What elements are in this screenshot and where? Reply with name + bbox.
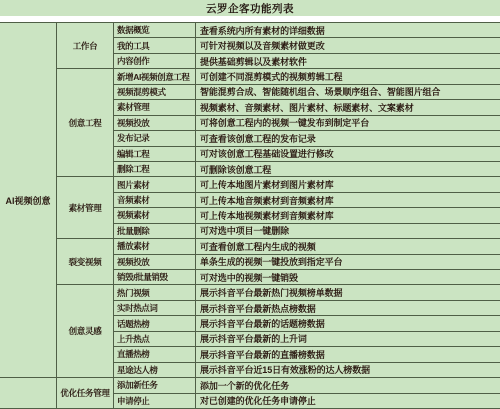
feature-cell: 我的工具 [114,38,196,53]
table-row: 素材管理 图片素材 可上传本地图片素材到图片素材库 [0,177,500,192]
feature-cell: 音频素材 [114,192,196,207]
description-cell: 可上传本地音频素材到音频素材库 [196,192,500,207]
feature-cell: 内容创作 [114,53,196,68]
description-cell: 展示抖音平台最新的上升词 [196,331,500,346]
feature-cell: 话题热榜 [114,316,196,331]
feature-cell: 直播热榜 [114,347,196,362]
description-cell: 查看系统内所有素材的详细数据 [196,23,500,38]
description-cell: 可删除该创意工程 [196,161,500,176]
category-cell-optimization-task: 优化任务管理 [57,378,114,409]
description-cell: 添加一个新的优化任务 [196,378,500,393]
page-title: 云罗企客功能列表 [0,0,500,16]
table-row: 创意工程 新增AI视频创意工程 可创建不同混剪模式的视频剪辑工程 [0,69,500,84]
feature-cell: 视频素材 [114,208,196,223]
table-row: 创意灵感 热门视频 展示抖音平台最新热门视频榜单数据 [0,285,500,300]
table-row: AI视频创意 工作台 数据概览 查看系统内所有素材的详细数据 [0,23,500,38]
category-cell-creative-inspiration: 创意灵感 [57,285,114,378]
feature-cell: 申请停止 [114,393,196,409]
category-cell-workbench: 工作台 [57,23,114,69]
feature-cell: 素材管理 [114,100,196,115]
feature-cell: 视频混剪模式 [114,84,196,99]
feature-cell: 图片素材 [114,177,196,192]
feature-cell: 编辑工程 [114,146,196,161]
feature-cell: 发布记录 [114,131,196,146]
description-cell: 可对选中项目一键删除 [196,223,500,238]
group-cell-ai-video-creative: AI视频创意 [0,23,57,378]
description-cell: 可针对视频以及音频素材做更改 [196,38,500,53]
description-cell: 视频素材、音频素材、图片素材、标题素材、文案素材 [196,100,500,115]
description-cell: 展示抖音平台最新热点榜数据 [196,300,500,315]
feature-cell: 删除工程 [114,161,196,176]
description-cell: 可上传本地图片素材到图片素材库 [196,177,500,192]
table-row: 优化任务管理 添加新任务 添加一个新的优化任务 [0,378,500,393]
description-cell: 单条生成的视频一键投放到指定平台 [196,254,500,269]
feature-cell: 上升热点 [114,331,196,346]
description-cell: 可查看该创意工程的发布记录 [196,131,500,146]
category-cell-creative-project: 创意工程 [57,69,114,177]
description-cell: 对已创建的优化任务申请停止 [196,393,500,409]
feature-cell: 热门视频 [114,285,196,300]
feature-cell: 销毁/批量销毁 [114,270,196,285]
feature-cell: 播放素材 [114,239,196,254]
description-cell: 展示抖音平台近15日有效涨粉的达人榜数据 [196,362,500,377]
description-cell: 提供基础剪辑以及素材软件 [196,53,500,68]
feature-cell: 星途达人榜 [114,362,196,377]
description-cell: 展示抖音平台最新的直播榜数据 [196,347,500,362]
feature-cell: 实时热点词 [114,300,196,315]
description-cell: 可创建不同混剪模式的视频剪辑工程 [196,69,500,84]
description-cell: 智能混剪合成、智能随机组合、场景顺序组合、智能图片组合 [196,84,500,99]
description-cell: 展示抖音平台最新热门视频榜单数据 [196,285,500,300]
feature-cell: 视频投放 [114,115,196,130]
category-cell-material-management: 素材管理 [57,177,114,239]
feature-cell: 新增AI视频创意工程 [114,69,196,84]
category-cell-fission-video: 裂变视频 [57,239,114,285]
feature-cell: 数据概览 [114,23,196,38]
feature-cell: 添加新任务 [114,378,196,393]
description-cell: 可上传本地视频素材到音频素材库 [196,208,500,223]
function-table: AI视频创意 工作台 数据概览 查看系统内所有素材的详细数据 我的工具 可针对视… [0,22,500,409]
feature-cell: 批量删除 [114,223,196,238]
description-cell: 可对该创意工程基础设置进行修改 [196,146,500,161]
table-row: 裂变视频 播放素材 可查看创意工程内生成的视频 [0,239,500,254]
description-cell: 可将创意工程内的视频一键发布到制定平台 [196,115,500,130]
description-cell: 可对选中的视频一键销毁 [196,270,500,285]
group-cell-bottom [0,378,57,409]
description-cell: 可查看创意工程内生成的视频 [196,239,500,254]
feature-cell: 视频投放 [114,254,196,269]
description-cell: 展示抖音平台最新的话题榜数据 [196,316,500,331]
